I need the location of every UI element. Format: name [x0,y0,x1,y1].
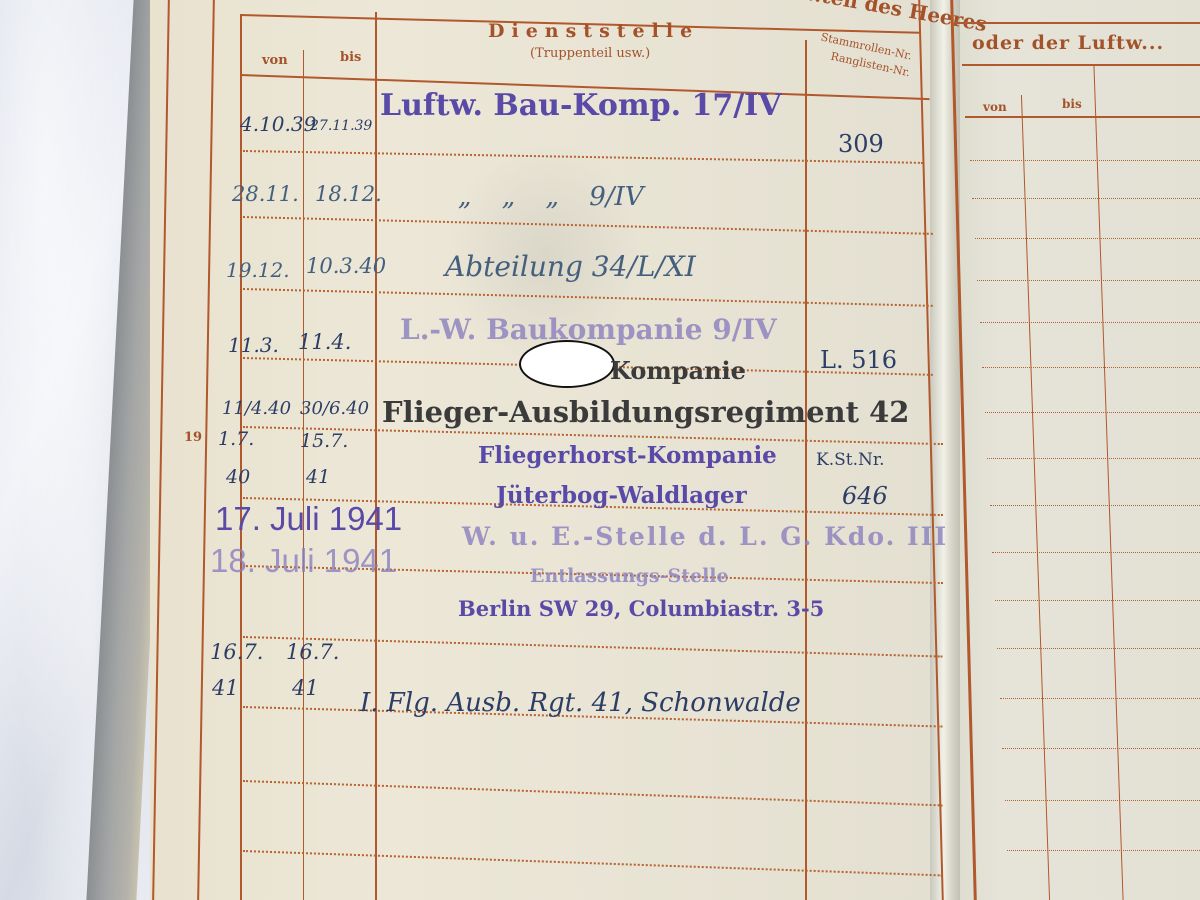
entry-3-dienststelle: Abteilung 34/L/XI [445,250,696,283]
right-row-line [1002,748,1200,749]
entry-1-nr: 309 [838,130,884,158]
entry-1-stamp: Luftw. Bau-Komp. 17/IV [380,88,781,123]
entry-4-von: 11.3. [228,333,279,357]
right-row-line [982,367,1200,368]
right-header-top-rule [955,22,1200,24]
right-row-line [990,505,1200,506]
entry-7-stamp-line3: Berlin SW 29, Columbiastr. 3-5 [458,596,824,621]
entry-8-von-line1: 16.7. [210,640,263,664]
right-row-line [972,198,1200,199]
entry-2-von: 28.11. [232,182,299,206]
right-header-bottom-rule [965,116,1200,118]
entry-7-stamp-line2: Entlassungs-Stelle [530,565,729,587]
col-header-dienststelle: Dienststelle [488,20,699,42]
redaction-oval [519,340,615,388]
date-stamp-2: 18. Juli 1941 [210,542,397,580]
entry-1-von: 4.10.39 [240,112,316,136]
dienststelle-nr-divider [805,40,807,900]
entry-6-bis-line1: 15.7. [300,430,348,452]
right-row-line [987,458,1200,459]
right-col-header-bis: bis [1062,97,1082,111]
entry-8-dienststelle: I. Flg. Ausb. Rgt. 41, Schonwalde [360,688,801,718]
entry-5-stamp-line2: Flieger-Ausbildungsregiment 42 [382,395,909,429]
col-header-von: von [262,53,288,68]
entry-6-nr-label: K.St.Nr. [816,450,885,470]
entry-4-bis: 11.4. [298,330,351,354]
date-stamp-1: 17. Juli 1941 [215,500,402,538]
entry-3-bis: 10.3.40 [306,254,386,278]
right-row-line [995,600,1200,601]
entry-4-nr: L. 516 [820,346,897,374]
entry-8-bis-line2: 41 [292,676,319,700]
entry-5-stamp-line1: Kompanie [610,356,746,385]
right-page [950,0,1200,900]
right-page-heading: oder der Luftw... [972,32,1164,54]
right-row-line [1000,698,1200,699]
bis-dienststelle-divider [375,12,377,900]
right-col-header-von: von [983,100,1007,114]
entry-2-bis: 18.12. [315,182,382,206]
entry-6-nr: 646 [842,482,888,510]
von-col-left-rule [240,15,242,900]
col-header-bis: bis [340,50,361,65]
entry-8-von-line2: 41 [212,676,239,700]
von-bis-divider [303,50,304,900]
entry-7-stamp-line1: W. u. E.-Stelle d. L. G. Kdo. III [462,522,948,551]
entry-8-bis-line1: 16.7. [286,640,339,664]
entry-1-bis: 27.11.39 [310,118,372,134]
right-row-line [1005,800,1200,801]
right-row-line [997,648,1200,649]
entry-3-von: 19.12. [226,258,290,282]
right-row-line [970,160,1200,161]
right-row-line [977,280,1200,281]
right-row-line [985,412,1200,413]
entry-6-stamp-line1: Fliegerhorst-Kompanie [478,442,777,469]
right-row-line [992,552,1200,553]
right-row-line [975,238,1200,239]
entry-5-bis: 30/6.40 [300,398,369,419]
entry-2-dienststelle: „ „ „ 9/IV [458,182,644,212]
entry-4-stamp: L.-W. Baukompanie 9/IV [400,313,777,346]
right-header-mid-rule [962,64,1200,66]
entry-6-von-line1: 1.7. [218,428,254,450]
margin-year-19: 19 [184,430,202,445]
entry-6-bis-line2: 41 [306,466,330,488]
col-header-dienststelle-sub: (Truppenteil usw.) [530,46,650,61]
entry-6-stamp-line2: Jüterbog-Waldlager [496,482,747,509]
entry-6-von-line2: 40 [226,466,250,488]
entry-5-von: 11/4.40 [222,398,291,419]
right-row-line [1007,850,1200,851]
right-row-line [980,322,1200,323]
